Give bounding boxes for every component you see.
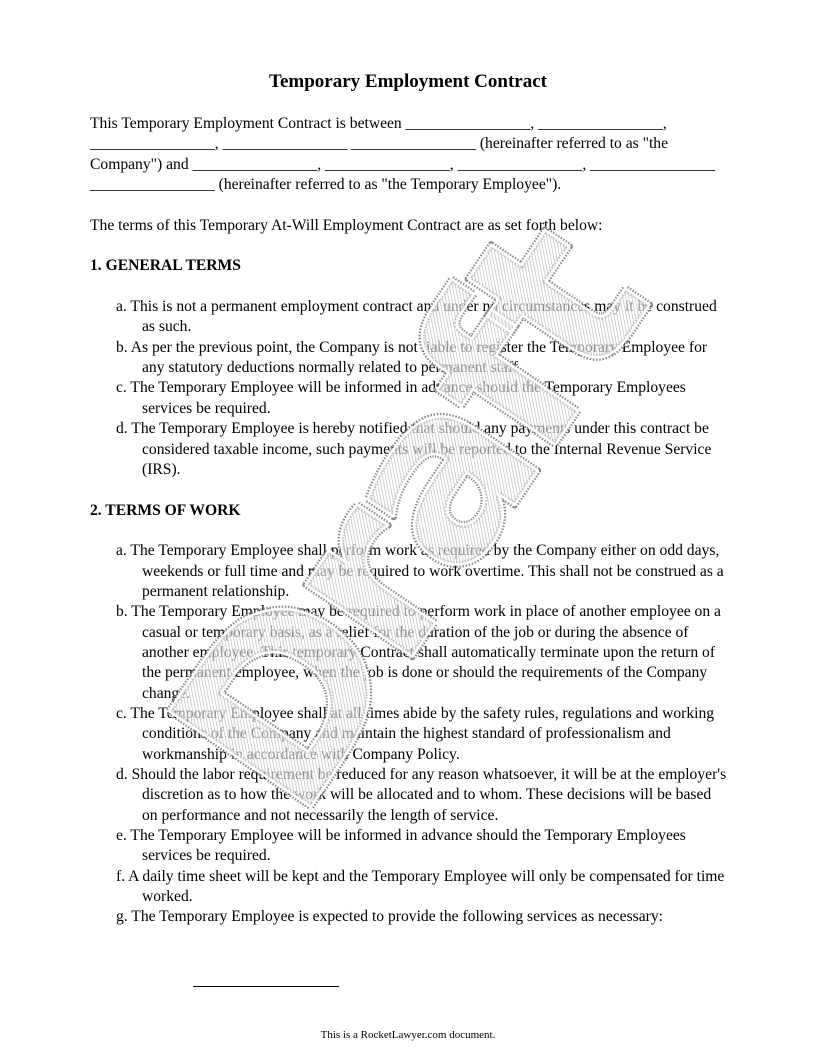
footer-note: This is a RocketLawyer.com document. xyxy=(0,1028,816,1042)
general-terms-list: a. This is not a permanent employment co… xyxy=(90,297,730,480)
services-blank-line xyxy=(193,986,339,987)
document-title: Temporary Employment Contract xyxy=(0,70,816,94)
list-item: c. The Temporary Employee will be inform… xyxy=(90,378,730,419)
list-item: g. The Temporary Employee is expected to… xyxy=(90,907,730,927)
document-body: This Temporary Employment Contract is be… xyxy=(90,114,730,928)
section-heading-general-terms: 1. GENERAL TERMS xyxy=(90,256,730,276)
list-item: f. A daily time sheet will be kept and t… xyxy=(90,867,730,908)
terms-of-work-list: a. The Temporary Employee shall perform … xyxy=(90,541,730,928)
list-item: e. The Temporary Employee will be inform… xyxy=(90,826,730,867)
list-item: d. Should the labor requirement be reduc… xyxy=(90,765,730,826)
list-item: a. This is not a permanent employment co… xyxy=(90,297,730,338)
list-item: b. The Temporary Employee may be require… xyxy=(90,602,730,704)
list-item: b. As per the previous point, the Compan… xyxy=(90,338,730,379)
list-item: d. The Temporary Employee is hereby noti… xyxy=(90,419,730,480)
intro-paragraph: This Temporary Employment Contract is be… xyxy=(90,114,730,195)
list-item: a. The Temporary Employee shall perform … xyxy=(90,541,730,602)
document-page: Temporary Employment Contract This Tempo… xyxy=(0,0,816,1056)
lead-paragraph: The terms of this Temporary At-Will Empl… xyxy=(90,216,730,236)
list-item: c. The Temporary Employee shall at all t… xyxy=(90,704,730,765)
section-heading-terms-of-work: 2. TERMS OF WORK xyxy=(90,501,730,521)
